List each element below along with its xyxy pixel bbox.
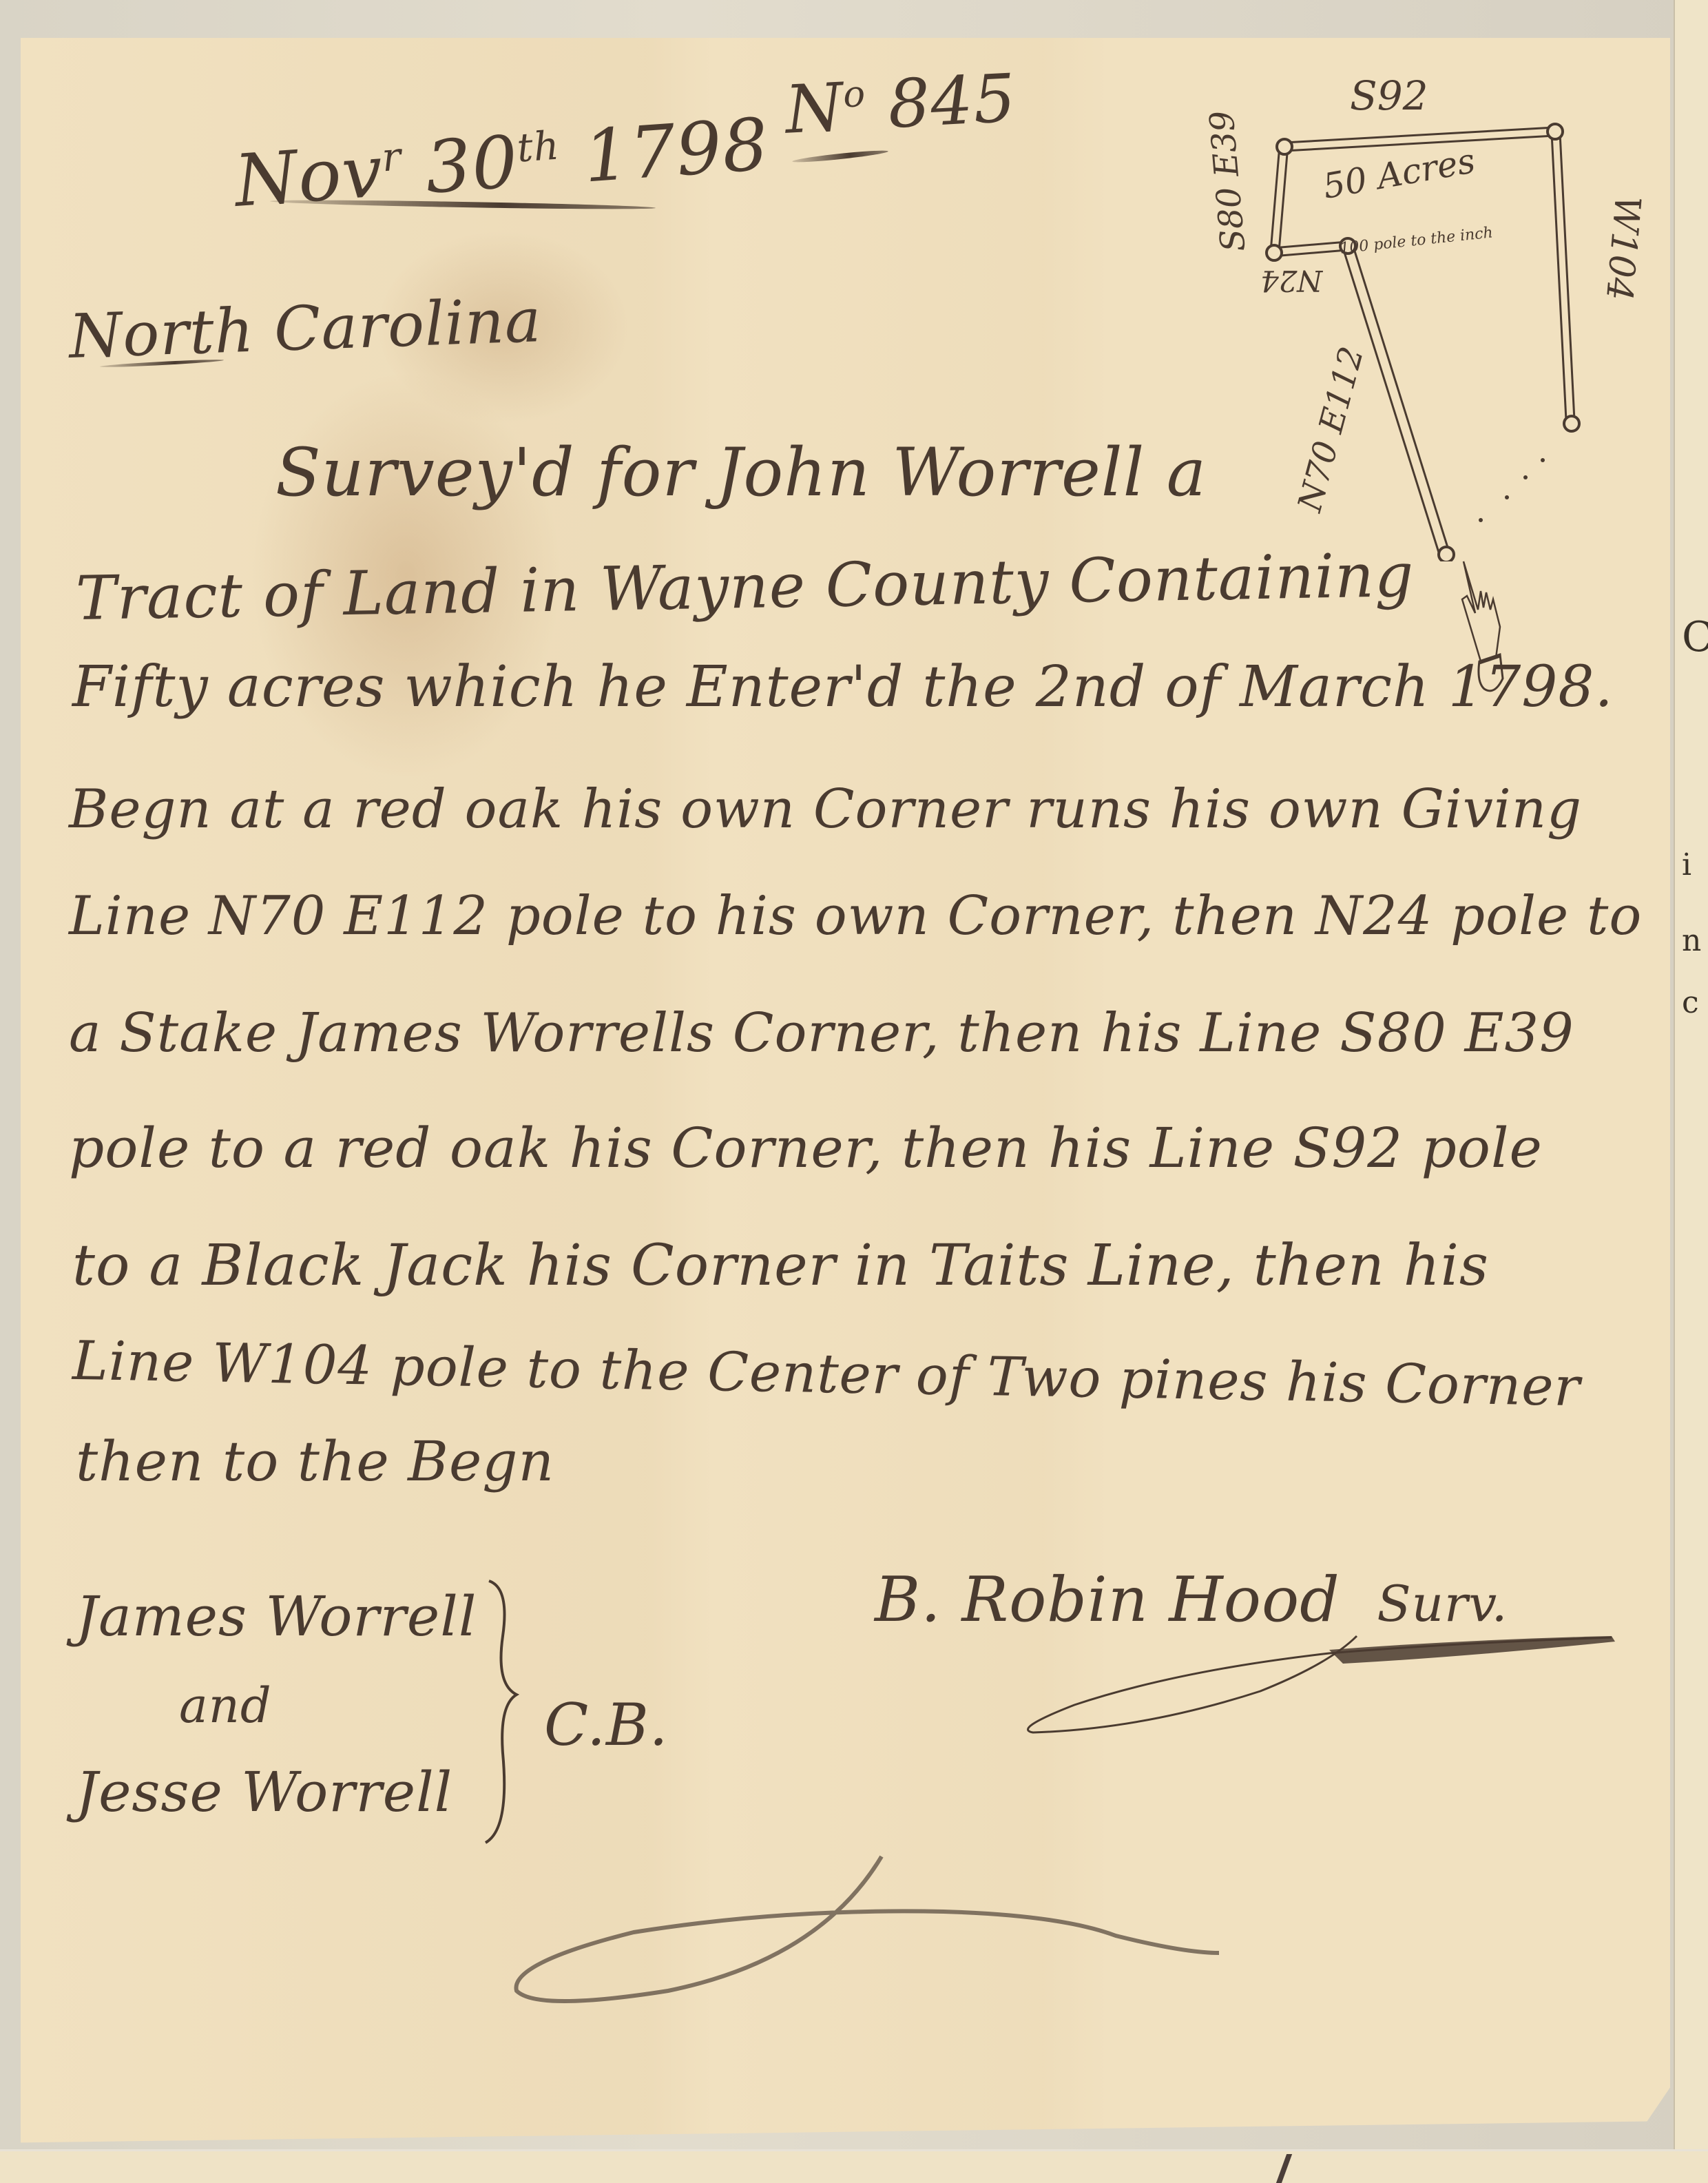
date-day-sup: th: [515, 123, 561, 171]
plat-corner: [1564, 416, 1579, 431]
margin-glyph: i: [1682, 847, 1691, 882]
date-year: 1798: [581, 102, 771, 198]
body-line-5: Line N70 E112 pole to his own Corner, th…: [69, 885, 1642, 947]
date-day: 30: [423, 119, 521, 209]
survey-document: Novr 30th 1798 No 845 North Carolina Sur…: [21, 38, 1670, 2160]
state-heading: North Carolina: [67, 284, 543, 372]
date-month-sup: r: [380, 134, 403, 181]
chain-bearer-2: Jesse Worrell: [76, 1760, 452, 1824]
plat-corner: [1548, 124, 1563, 139]
survey-plat: S92 S80 E39 50 Acres 100 pole to the inc…: [1219, 79, 1646, 561]
body-line-1: Survey'd for John Worrell a: [275, 434, 1207, 511]
number-prefix: N: [783, 68, 846, 148]
document-number: No 845: [783, 59, 1018, 148]
plat-edge-label-n24: N24: [1260, 264, 1322, 298]
body-line-2: Tract of Land in Wayne County Containing: [75, 539, 1415, 634]
chain-bearer-and: and: [179, 1677, 272, 1734]
chain-bearer-label: C.B.: [544, 1691, 668, 1759]
body-line-3: Fifty acres which he Enter'd the 2nd of …: [72, 654, 1614, 720]
number-prefix-sup: o: [842, 73, 867, 116]
body-line-7: pole to a red oak his Corner, then his L…: [69, 1116, 1543, 1180]
body-line-8: to a Black Jack his Corner in Taits Line…: [72, 1233, 1489, 1299]
number-underline: [792, 149, 888, 165]
chain-bearer-1: James Worrell: [76, 1584, 477, 1648]
plat-corner: [1277, 139, 1292, 154]
number-value: 845: [886, 59, 1018, 143]
plat-corner: [1439, 547, 1454, 561]
plat-corner: [1267, 245, 1282, 260]
margin-glyph: c: [1682, 985, 1699, 1020]
adjacent-document-edge: C i n c: [1674, 0, 1708, 2183]
body-line-9: Line W104 pole to the Center of Two pine…: [72, 1330, 1581, 1418]
surveyor-signature: B. Robin Hood Surv.: [875, 1564, 1508, 1636]
body-line-10: then to the Begn: [76, 1429, 554, 1493]
bottom-flourish: [496, 1843, 1529, 2049]
ink-stroke: [1275, 2154, 1292, 2183]
plat-edge-label-s92: S92: [1350, 72, 1428, 119]
body-line-6: a Stake James Worrells Corner, then his …: [69, 1002, 1574, 1064]
pointing-hand-icon: [1460, 558, 1515, 710]
surveyor-name: B. Robin Hood: [875, 1564, 1340, 1636]
margin-glyph: n: [1682, 923, 1701, 958]
margin-glyph: C: [1682, 613, 1708, 661]
underlying-sheet-edge: [0, 2149, 1708, 2183]
signature-flourish: [971, 1629, 1625, 1739]
body-line-4: Begn at a red oak his own Corner runs hi…: [69, 778, 1582, 840]
surveyor-title: Surv.: [1377, 1575, 1508, 1633]
date-month: Nov: [232, 129, 386, 223]
chain-bearer-brace: [482, 1574, 523, 1850]
